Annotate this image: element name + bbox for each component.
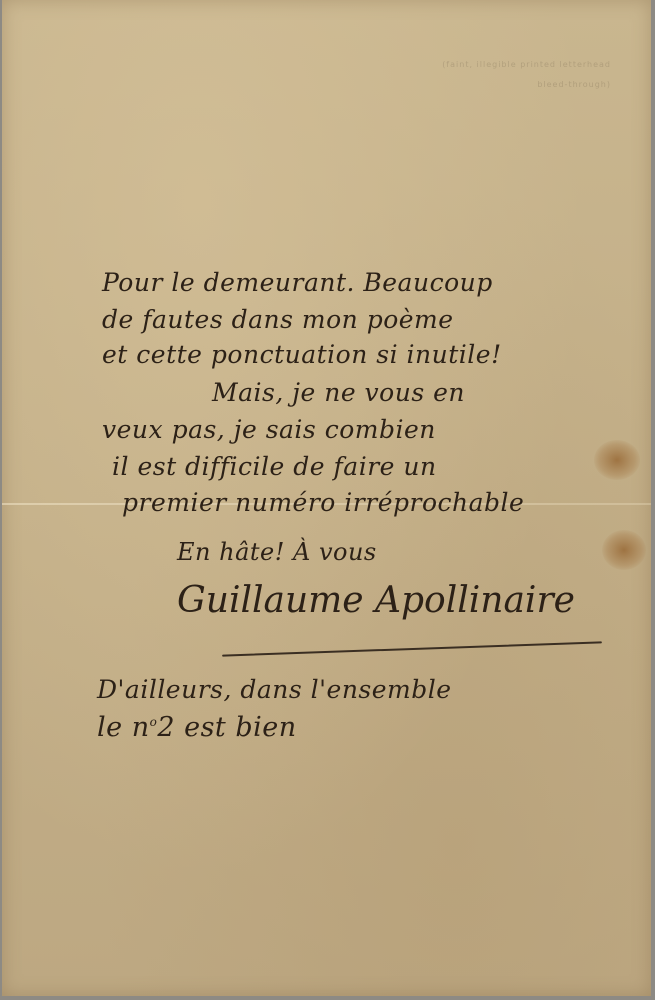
postscript-text: est bien [175, 712, 297, 743]
postscript-line: D'ailleurs, dans l'ensemble [97, 675, 452, 704]
letterhead-bleed-through: (faint, illegible printed letterhead ble… [411, 55, 611, 95]
body-line: il est difficile de faire un [112, 452, 437, 481]
postscript-line: le no2 est bien [97, 712, 297, 743]
letter-sheet: (faint, illegible printed letterhead ble… [2, 0, 651, 996]
body-line: Mais, je ne vous en [212, 378, 465, 407]
issue-number: 2 [157, 712, 175, 743]
closing-salutation: En hâte! À vous [177, 538, 377, 566]
body-line: veux pas, je sais combien [102, 415, 436, 444]
body-line: Pour le demeurant. Beaucoup [102, 268, 493, 297]
body-line: premier numéro irréprochable [122, 488, 524, 517]
signature: Guillaume Apollinaire [177, 580, 575, 621]
body-line: de fautes dans mon poème [102, 305, 454, 334]
foxing-stain [594, 440, 640, 480]
postscript-text: le n [97, 712, 150, 743]
signature-underline [222, 641, 602, 656]
body-line: et cette ponctuation si inutile! [102, 340, 502, 369]
foxing-stain [602, 530, 646, 570]
